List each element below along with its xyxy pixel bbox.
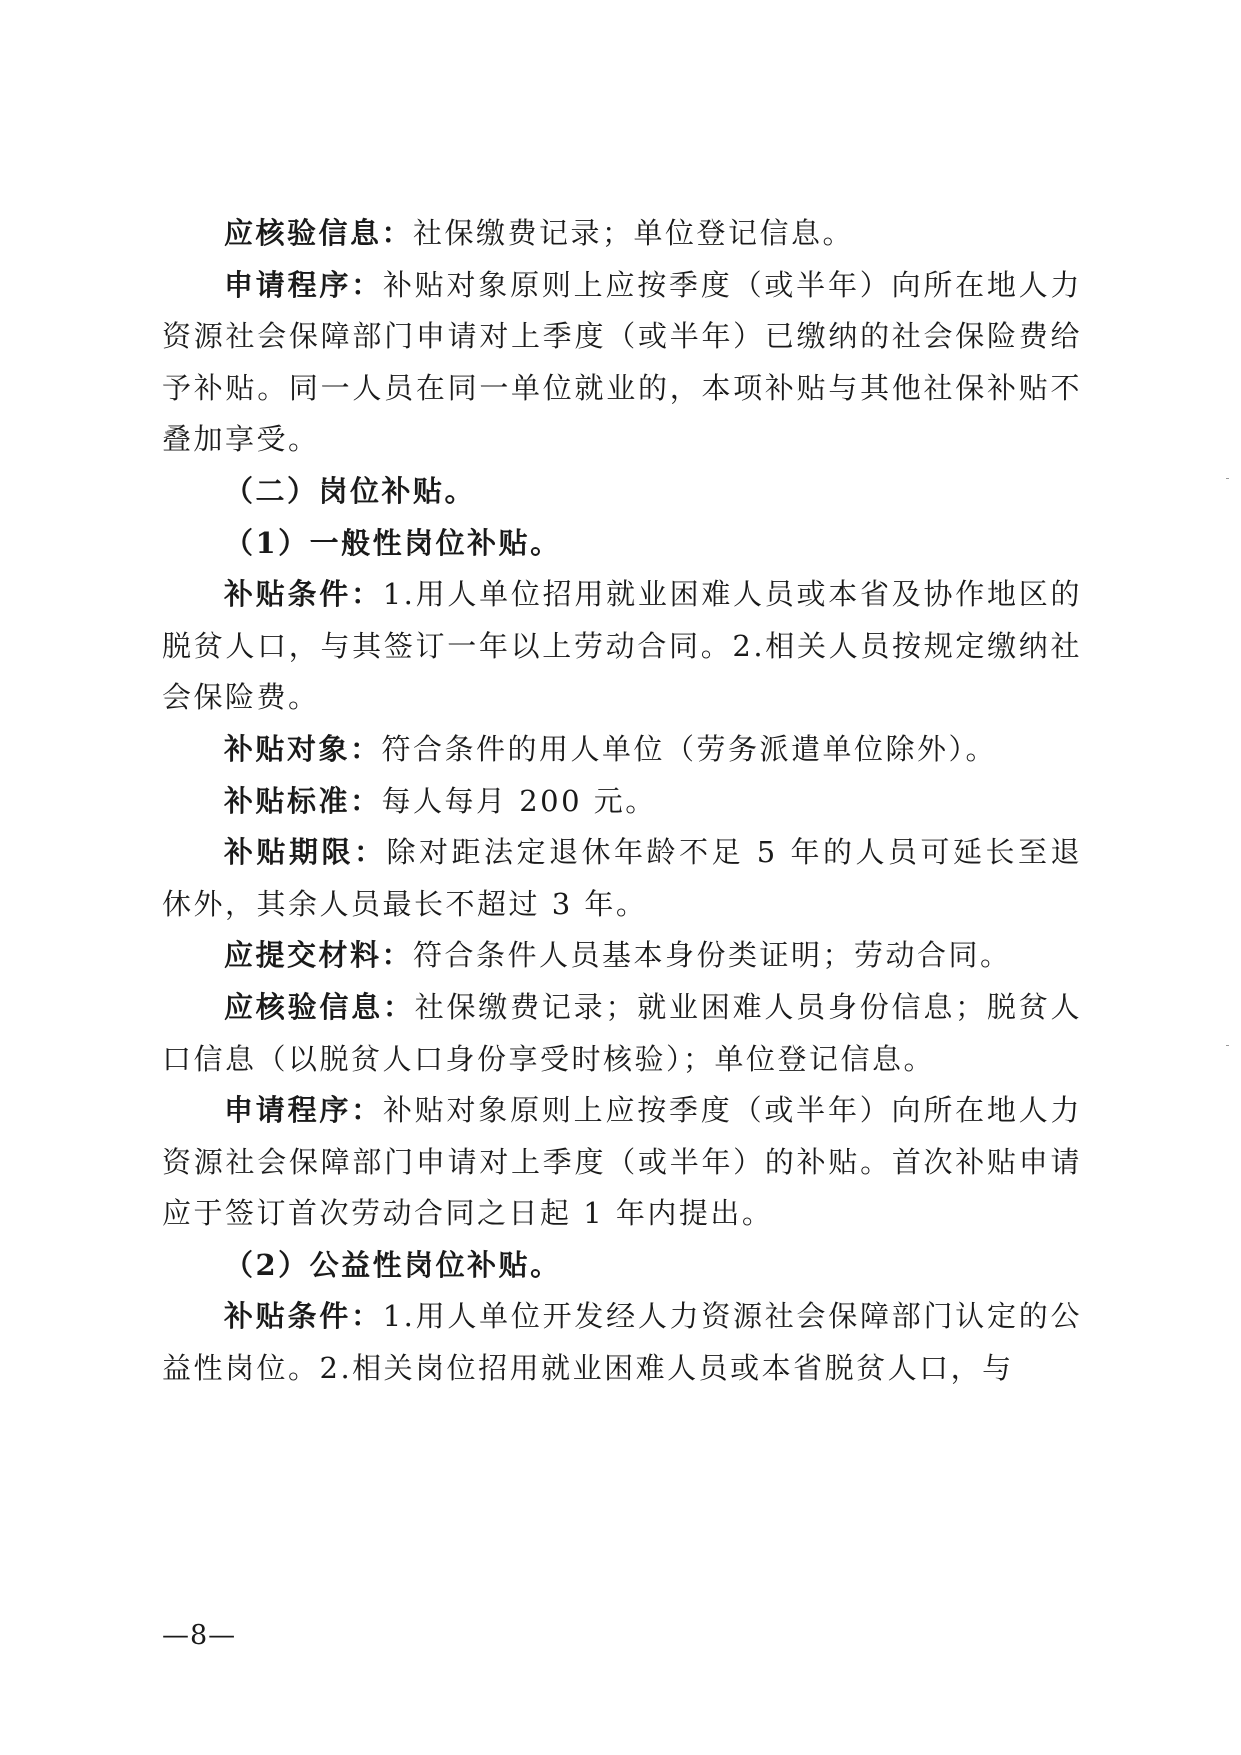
paragraph-text: 符合条件人员基本身份类证明；劳动合同。 [413, 938, 1012, 972]
paragraph-label: 补贴条件： [224, 577, 383, 611]
paragraph-label: 应提交材料： [224, 938, 413, 972]
paragraph-label: 应核验信息： [224, 990, 415, 1024]
paragraph-subsidy-standard: 补贴标准：每人每月 200 元。 [162, 776, 1082, 828]
paragraph-subsidy-conditions-2: 补贴条件：1.用人单位开发经人力资源社会保障部门认定的公益性岗位。2.相关岗位招… [162, 1291, 1082, 1394]
paragraph-label: 申请程序： [224, 1093, 383, 1127]
paragraph-label: 应核验信息： [224, 216, 413, 250]
page-number: —8— [162, 1620, 236, 1651]
paragraph-required-materials: 应提交材料：符合条件人员基本身份类证明；劳动合同。 [162, 930, 1082, 982]
section-heading-job-subsidy: （二）岗位补贴。 [162, 466, 1082, 518]
paragraph-subsidy-target: 补贴对象：符合条件的用人单位（劳务派遣单位除外）。 [162, 724, 1082, 776]
paragraph-verification-info-2: 应核验信息：社保缴费记录；就业困难人员身份信息；脱贫人口信息（以脱贫人口身份享受… [162, 982, 1082, 1085]
document-body: 应核验信息：社保缴费记录；单位登记信息。 申请程序：补贴对象原则上应按季度（或半… [162, 208, 1082, 1395]
paragraph-application-procedure-2: 申请程序：补贴对象原则上应按季度（或半年）向所在地人力资源社会保障部门申请对上季… [162, 1085, 1082, 1240]
subsection-heading-general-job-subsidy: （1）一般性岗位补贴。 [162, 518, 1082, 570]
scan-edge-mark [1226, 1045, 1229, 1046]
paragraph-subsidy-conditions-1: 补贴条件：1.用人单位招用就业困难人员或本省及协作地区的脱贫人口，与其签订一年以… [162, 569, 1082, 724]
paragraph-label: 补贴标准： [224, 784, 382, 818]
paragraph-subsidy-period: 补贴期限：除对距法定退休年龄不足 5 年的人员可延长至退休外，其余人员最长不超过… [162, 827, 1082, 930]
paragraph-label: 申请程序： [224, 268, 383, 302]
paragraph-label: 补贴期限： [224, 835, 387, 869]
document-page: 应核验信息：社保缴费记录；单位登记信息。 申请程序：补贴对象原则上应按季度（或半… [0, 0, 1241, 1755]
paragraph-application-procedure-1: 申请程序：补贴对象原则上应按季度（或半年）向所在地人力资源社会保障部门申请对上季… [162, 260, 1082, 466]
paragraph-text: 社保缴费记录；单位登记信息。 [413, 216, 854, 250]
paragraph-text: 符合条件的用人单位（劳务派遣单位除外）。 [382, 732, 998, 766]
paragraph-label: 补贴条件： [224, 1299, 383, 1333]
paragraph-text: 每人每月 200 元。 [382, 784, 657, 818]
paragraph-label: 补贴对象： [224, 732, 382, 766]
paragraph-verification-info-1: 应核验信息：社保缴费记录；单位登记信息。 [162, 208, 1082, 260]
scan-edge-mark [1226, 478, 1229, 479]
subsection-heading-public-welfare-job-subsidy: （2）公益性岗位补贴。 [162, 1240, 1082, 1292]
